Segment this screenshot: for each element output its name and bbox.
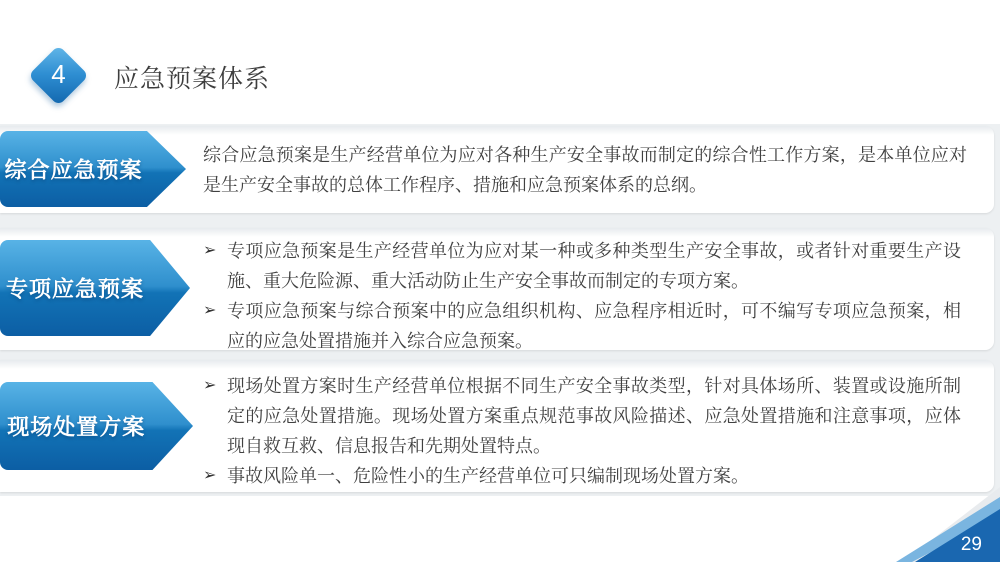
- paragraph-text: 综合应急预案是生产经营单位为应对各种生产安全事故而制定的综合性工作方案，是本单位…: [203, 140, 967, 200]
- paragraph-text: 现场处置方案时生产经营单位根据不同生产安全事故类型，针对具体场所、装置或设施所制…: [227, 371, 961, 461]
- banner-label: 专项应急预案: [0, 273, 150, 304]
- paragraph: ➢ 事故风险单一、危险性小的生产经营单位可只编制现场处置方案。: [203, 461, 961, 491]
- banner-label: 现场处置方案: [0, 411, 152, 442]
- section-number: 4: [36, 52, 81, 97]
- banner-arrow: 综合应急预案: [0, 131, 186, 207]
- paragraph-text: 事故风险单一、危险性小的生产经营单位可只编制现场处置方案。: [227, 461, 961, 491]
- section-text: ➢ 现场处置方案时生产经营单位根据不同生产安全事故类型，针对具体场所、装置或设施…: [203, 371, 961, 491]
- page-number: 29: [961, 534, 982, 556]
- paragraph: 综合应急预案是生产经营单位为应对各种生产安全事故而制定的综合性工作方案，是本单位…: [203, 140, 967, 200]
- paragraph: ➢ 专项应急预案是生产经营单位为应对某一种或多种类型生产安全事故，或者针对重要生…: [203, 236, 961, 296]
- banner-arrow: 专项应急预案: [0, 240, 190, 336]
- section-card-comprehensive: 综合应急预案 综合应急预案是生产经营单位为应对各种生产安全事故而制定的综合性工作…: [0, 126, 994, 213]
- slide: 4 应急预案体系 综合应急预案 综合应急预案是生产经营单位为应对各种生产安全事故…: [0, 0, 1000, 562]
- banner-arrow: 现场处置方案: [0, 382, 193, 470]
- chevron-bullet-icon: ➢: [203, 296, 227, 326]
- paragraph: ➢ 专项应急预案与综合预案中的应急组织机构、应急程序相近时，可不编写专项应急预案…: [203, 296, 961, 356]
- section-card-onsite: 现场处置方案 ➢ 现场处置方案时生产经营单位根据不同生产安全事故类型，针对具体场…: [0, 360, 994, 492]
- page-title: 应急预案体系: [114, 59, 270, 95]
- chevron-bullet-icon: ➢: [203, 461, 227, 491]
- paragraph-text: 专项应急预案是生产经营单位为应对某一种或多种类型生产安全事故，或者针对重要生产设…: [227, 236, 961, 296]
- section-text: ➢ 专项应急预案是生产经营单位为应对某一种或多种类型生产安全事故，或者针对重要生…: [203, 236, 961, 356]
- chevron-bullet-icon: ➢: [203, 236, 227, 266]
- paragraph-text: 专项应急预案与综合预案中的应急组织机构、应急程序相近时，可不编写专项应急预案，相…: [227, 296, 961, 356]
- paragraph: ➢ 现场处置方案时生产经营单位根据不同生产安全事故类型，针对具体场所、装置或设施…: [203, 371, 961, 461]
- banner-label: 综合应急预案: [0, 154, 147, 185]
- section-text: 综合应急预案是生产经营单位为应对各种生产安全事故而制定的综合性工作方案，是本单位…: [203, 140, 967, 200]
- chevron-bullet-icon: ➢: [203, 371, 227, 401]
- section-card-special: 专项应急预案 ➢ 专项应急预案是生产经营单位为应对某一种或多种类型生产安全事故，…: [0, 228, 994, 350]
